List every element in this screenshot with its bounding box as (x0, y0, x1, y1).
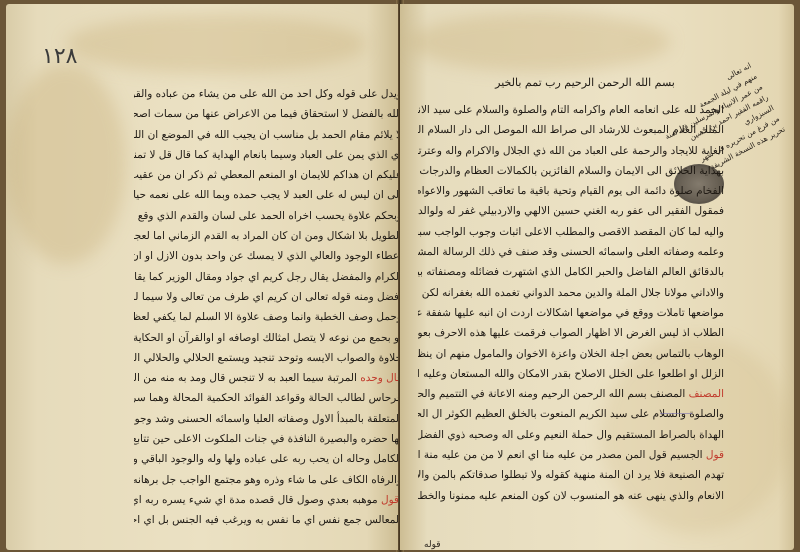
text-line: الوهاب بالتماس بعض اجلة الخلان واعزة الا… (418, 344, 724, 364)
text-line: مواضعها تاملات ووقع في مواضعها اشكالات ا… (418, 303, 724, 323)
text-line: بها حضره والبصيرة النافذة في جنات الملكو… (134, 429, 398, 449)
text-line: ويدل على قوله وكل احد من الله على من يشا… (134, 84, 398, 104)
text-line: المصنف المصنف بسم الله الرحمن الرحيم ومن… (418, 384, 724, 404)
text-line: عليكم ان هداكم للايمان او المنعم المعطي … (134, 165, 398, 185)
text-line: الزلل او اطلعوا على الخلل الاصلاح بقدر ا… (418, 364, 724, 384)
text-line: حلاوة والصواب الايسه وتوحد تنجيد ويستمع … (134, 348, 398, 368)
text-line: الله بالفضل لا استحقاق فيما من الاعراض ع… (134, 104, 398, 124)
text-line: الهداة بالصراط المستقيم وال حملة النعيم … (418, 425, 724, 445)
text-line: تهدم الصنيعة فلا يرد ان المنة منهية كقول… (418, 465, 724, 485)
text-line: الحمد لله على انعامه العام واكرامه التام… (418, 100, 724, 120)
text-line: واليه لما كان المقصد الاقصى والمطلب الاع… (418, 222, 724, 242)
text-line: افضل ومنه قوله تعالى ان كريم اي طرف من ت… (134, 287, 398, 307)
left-page-text-block: ويدل على قوله وكل احد من الله على من يشا… (134, 84, 398, 531)
text-line: وعلمه وصفاته العلى واسمائه الحسنى وقد صن… (418, 242, 724, 262)
red-rubric: قال وحده (360, 372, 398, 384)
text-line: بهداية الخلائق الى الايمان والسلام الفائ… (418, 161, 724, 181)
text-line: قال وحده المرتبة سيما العبد به لا تنجس ق… (134, 368, 398, 388)
red-rubric: المصنف (689, 388, 724, 400)
text-line: المتعلقة بالمبدأ الاول وصفاته العليا واس… (134, 409, 398, 429)
left-page: ١٢٨ ويدل على قوله وكل احد من الله على من… (6, 4, 398, 550)
water-stain (6, 64, 126, 264)
text-line: الفخام صلوة دائمة الى يوم القيام وتحية ب… (418, 181, 724, 201)
text-line: اعطاء الوجود والعالي الذي لا يمسك عن واح… (134, 246, 398, 266)
text-line: فمقول الفقير الى عفو ربه الغني حسين الال… (418, 201, 724, 221)
text-line: الغاية للايجاد والرحمة على العباد من الل… (418, 141, 724, 161)
text-line: اي الذي يمن على العباد وسيما بانعام الهد… (134, 145, 398, 165)
red-rubric: اقول (381, 494, 398, 506)
text-line: الى ان ليس له على العبد لا يجب حمده وبما… (134, 185, 398, 205)
text-line: الملك العلام المبعوث للارشاد الى صراط ال… (418, 120, 724, 140)
text-line: الطلاب اذ ليس الغرض الا اظهار الصواب فرق… (418, 323, 724, 343)
right-page: بسم الله الرحمن الرحيم رب تمم بالخير انه… (400, 4, 794, 550)
manuscript-spread: ١٢٨ ويدل على قوله وكل احد من الله على من… (0, 0, 800, 552)
text-line: المعالس جمع نفس اي ما نفس به ويرغب فيه ا… (134, 510, 398, 530)
basmala-title: بسم الله الرحمن الرحيم رب تمم بالخير (480, 76, 690, 89)
ink-underline (660, 413, 692, 414)
catchword: قوله (424, 540, 441, 550)
water-stain (66, 14, 366, 74)
text-line: الانعام والذي ينهى عنه هو المنسوب لان كو… (418, 486, 724, 506)
text-line: قول الجسيم قول المن مصدر من عليه منا اي … (418, 445, 724, 465)
text-line: والاداني مولانا جلال الملة والدين محمد ا… (418, 283, 724, 303)
text-line: فرحاس لطالب الحالة وقواعد الفوائد الحكمي… (134, 388, 398, 408)
right-page-text-block: الحمد لله على انعامه العام واكرامه التام… (418, 100, 724, 506)
text-line: وبحكم علاوة يحسب اخراه الحمد على لسان وا… (134, 206, 398, 226)
folio-number: ١٢٨ (42, 44, 77, 69)
text-line: الطويل بلا اشكال ومن ان كان المراد به ال… (134, 226, 398, 246)
text-line: والرفاه الكاف على ما شاء وذره وهو مجتمع … (134, 470, 398, 490)
text-line: الكرام والمفضل يقال رجل كريم اي جواد ومق… (134, 267, 398, 287)
red-rubric: قول (706, 449, 724, 461)
text-line: لا يلائم مقام الحمد بل مناسب ان يجيب الل… (134, 125, 398, 145)
text-line: بالدقائق العالم الفاضل والحبر الكامل الذ… (418, 262, 724, 282)
text-line: الكامل وحاله ان يحب ربه على عباده ولها و… (134, 449, 398, 469)
text-line: او بحمع من نوعه لا يتصل امثالك اوصافه او… (134, 328, 398, 348)
text-line: والصلوة والسلام على سيد الكريم المنعوت ب… (418, 404, 724, 424)
text-line: اقول موهبه بعدي وصول قال قصده مدة اي شيء… (134, 490, 398, 510)
water-stain (410, 12, 670, 72)
text-line: وحمل وصف الخطبة وانما وصف علاوة الا السل… (134, 307, 398, 327)
